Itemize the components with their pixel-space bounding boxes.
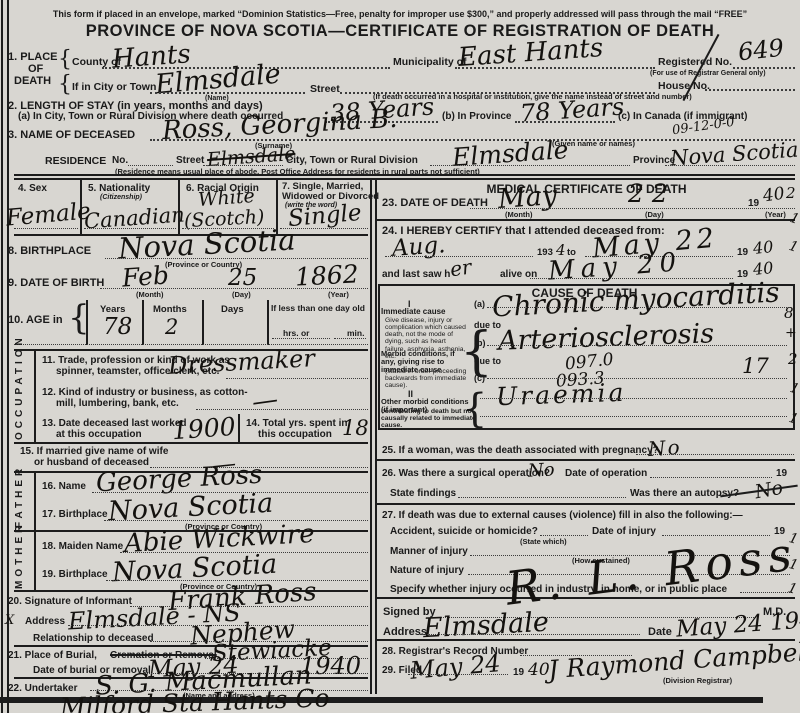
filed-year-value: 40 bbox=[528, 662, 550, 679]
dotted-line bbox=[203, 165, 283, 166]
dotted-line bbox=[458, 497, 626, 498]
nationality-label: 5. Nationality bbox=[88, 184, 150, 195]
s3-label: 3. NAME OF DECEASED bbox=[8, 130, 135, 142]
rule bbox=[377, 639, 795, 641]
rule bbox=[377, 219, 795, 221]
dod-day-note: (Day) bbox=[645, 211, 664, 219]
dotted-line bbox=[480, 398, 787, 399]
father-box-border bbox=[34, 473, 36, 530]
last-saw-suffix: er bbox=[449, 257, 473, 280]
registrar-note: (For use of Registrar General only) bbox=[650, 70, 766, 77]
q26-label: 26. Was there a surgical operation? bbox=[382, 469, 550, 480]
dotted-line bbox=[334, 338, 366, 339]
dotted-line bbox=[420, 634, 640, 635]
r29-19: 19 bbox=[513, 668, 524, 679]
dotted-line bbox=[196, 409, 368, 410]
residence-street-label: Street bbox=[176, 156, 204, 167]
dotted-line bbox=[430, 165, 630, 166]
o12-label2: mill, lumbering, bank, etc. bbox=[56, 399, 179, 410]
city-label: If in City or Town bbox=[72, 82, 156, 93]
hrs-label: hrs. or bbox=[283, 329, 309, 338]
birthplace-label: 8. BIRTHPLACE bbox=[8, 246, 91, 258]
o13-label: 13. Date deceased last worked bbox=[42, 419, 187, 430]
age-cell-border bbox=[86, 300, 88, 345]
informant-address-label: Address bbox=[25, 617, 65, 628]
margin-code-17: 17 bbox=[742, 356, 769, 377]
marital-value: Single bbox=[287, 202, 362, 231]
o12-value: — bbox=[250, 386, 279, 415]
o14-label2: this occupation bbox=[258, 430, 332, 441]
occupation-vertical-label: OCCUPATION bbox=[15, 354, 26, 440]
informant-cross-mark: X bbox=[5, 614, 14, 627]
o14-value: 18 bbox=[342, 418, 369, 439]
margin-mark: + bbox=[785, 326, 797, 340]
cell-border bbox=[238, 414, 240, 442]
brace: { bbox=[58, 47, 72, 72]
mother-box-border bbox=[34, 531, 36, 591]
dotted-line bbox=[540, 535, 588, 536]
signed-date-value: May 24 1940, bbox=[675, 607, 800, 641]
dotted-line bbox=[14, 344, 368, 345]
manner-label: Manner of injury bbox=[390, 547, 468, 558]
margin-mark: 1 bbox=[787, 239, 800, 255]
margin-mark: 2 bbox=[786, 186, 796, 201]
last-saw-label: and last saw h bbox=[382, 270, 450, 281]
cause-c-label: (c) bbox=[474, 374, 485, 383]
dotted-line bbox=[650, 477, 772, 478]
death-certificate-scan: This form if placed in an envelope, mark… bbox=[0, 0, 800, 713]
alive-on-value: May 20 bbox=[547, 249, 683, 284]
column-divider bbox=[370, 178, 372, 694]
margin-mark: 1 bbox=[788, 211, 800, 227]
municipality-value: East Hants bbox=[457, 35, 604, 71]
dotted-line bbox=[487, 345, 787, 346]
dotted-line bbox=[705, 89, 795, 91]
min-label: min. bbox=[347, 329, 364, 338]
binding-line bbox=[1, 0, 3, 713]
age-cell-border bbox=[267, 300, 269, 345]
dotted-line bbox=[636, 454, 794, 455]
form-title: PROVINCE OF NOVA SCOTIA—CERTIFICATE OF R… bbox=[0, 23, 800, 40]
dotted-line bbox=[487, 378, 787, 379]
dotted-line bbox=[455, 67, 655, 69]
margin-mark: 8 bbox=[784, 306, 794, 321]
o13-value: 1900 bbox=[171, 414, 236, 443]
days-label: Days bbox=[221, 305, 244, 315]
signed-address-label: Address bbox=[383, 627, 427, 639]
nature-label: Nature of injury bbox=[390, 566, 464, 577]
dod-year-note: (Year) bbox=[765, 211, 786, 219]
day-note: (Day) bbox=[232, 291, 251, 299]
dob-day: 25 bbox=[228, 267, 257, 290]
father-vertical-label: FATHER bbox=[15, 476, 26, 528]
findings-label: State findings bbox=[390, 489, 456, 500]
brace: { bbox=[462, 386, 487, 432]
rule bbox=[377, 503, 795, 505]
father-bp-label: 17. Birthplace bbox=[42, 510, 108, 521]
dob-month: Feb bbox=[121, 262, 169, 290]
dotted-line bbox=[150, 92, 305, 94]
dob-label: 9. DATE OF BIRTH bbox=[8, 278, 104, 290]
o12-label: 12. Kind of industry or business, as cot… bbox=[42, 388, 248, 399]
immediate-cause-label: Immediate cause bbox=[381, 308, 445, 316]
division-registrar-note: (Division Registrar) bbox=[663, 677, 732, 685]
due-to-2: due to bbox=[474, 357, 501, 366]
residence-no-label: No. bbox=[112, 156, 128, 167]
state-which-note: (State which) bbox=[520, 538, 567, 546]
rule bbox=[14, 174, 795, 176]
marital-label2: Widowed or Divorced bbox=[282, 192, 379, 202]
less-than-day-label: If less than one day old bbox=[271, 304, 365, 313]
filed-date-value: May 24 bbox=[409, 651, 501, 683]
cause-a-label: (a) bbox=[474, 300, 485, 309]
s1-label-of: OF bbox=[28, 64, 43, 76]
mother-bp-label: 19. Birthplace bbox=[42, 570, 108, 581]
injury-date-label: Date of injury bbox=[592, 527, 656, 538]
rule bbox=[377, 459, 795, 461]
o13-label2: at this occupation bbox=[56, 430, 142, 441]
house-label: House No. bbox=[658, 81, 710, 92]
dotted-line bbox=[470, 208, 795, 209]
age-months-value: 2 bbox=[165, 317, 178, 338]
rule bbox=[14, 442, 368, 444]
brace: { bbox=[58, 72, 72, 97]
medical-title: MEDICAL CERTIFICATE OF DEATH bbox=[378, 183, 795, 196]
m15-label: 15. If married give name of wife bbox=[20, 447, 168, 458]
mother-name-label: 18. Maiden Name bbox=[42, 542, 123, 553]
column-divider bbox=[375, 178, 377, 694]
dotted-line bbox=[106, 580, 368, 581]
residence-label: RESIDENCE bbox=[45, 156, 106, 167]
s1-label-death: DEATH bbox=[14, 76, 51, 88]
dod-year: 40 bbox=[762, 186, 786, 206]
dotted-line bbox=[272, 338, 330, 339]
morbid-note: (stated in order proceeding backwards fr… bbox=[385, 368, 470, 389]
street-label: Street bbox=[310, 84, 340, 95]
o11-value: Dressmaker bbox=[167, 346, 315, 378]
dob-year: 1862 bbox=[294, 261, 359, 289]
q26-answer: No bbox=[528, 461, 555, 480]
dotted-line bbox=[100, 288, 368, 289]
father-name-label: 16. Name bbox=[42, 482, 86, 493]
to-19: 19 bbox=[737, 248, 748, 259]
q27-label: 27. If death was due to external causes … bbox=[382, 511, 743, 522]
dotted-line bbox=[226, 378, 368, 379]
dod-month-note: (Month) bbox=[505, 211, 532, 219]
dotted-line bbox=[740, 592, 792, 593]
q25-label: 25. If a woman, was the death associated… bbox=[382, 446, 659, 457]
s2b-label: (b) In Province bbox=[442, 112, 511, 123]
burial-label: 21. Place of Burial, bbox=[8, 651, 97, 662]
dotted-line bbox=[104, 520, 368, 521]
rule bbox=[14, 178, 795, 180]
dotted-line bbox=[105, 258, 368, 259]
s1-label: 1. PLACE bbox=[8, 52, 58, 64]
age-cell-border bbox=[202, 300, 204, 345]
cause-b-label: (b) bbox=[474, 339, 486, 348]
dotted-line bbox=[665, 165, 795, 166]
sex-value: Female bbox=[5, 200, 91, 230]
dotted-line bbox=[733, 67, 795, 69]
months-label: Months bbox=[153, 305, 187, 315]
signed-date-label: Date bbox=[648, 627, 672, 639]
mail-notice: This form if placed in an envelope, mark… bbox=[0, 10, 800, 19]
q25-answer: No bbox=[647, 437, 682, 459]
signed-address-value: Elmsdale bbox=[422, 609, 549, 643]
margin-mark: 1 bbox=[786, 581, 798, 597]
age-years-value: 78 bbox=[103, 316, 132, 339]
dotted-line bbox=[408, 674, 508, 675]
to-year: 40 bbox=[752, 239, 774, 257]
registered-value: 649 bbox=[737, 36, 785, 65]
registered-label: Registered No. bbox=[658, 57, 732, 68]
sex-label: 4. Sex bbox=[18, 184, 47, 195]
margin-mark: 2 bbox=[788, 352, 798, 367]
mother-vertical-label: MOTHER bbox=[15, 534, 26, 589]
age-cell-border bbox=[142, 300, 144, 345]
occupation-box-border bbox=[34, 349, 36, 442]
o14-label: 14. Total yrs. spent in bbox=[246, 419, 348, 430]
citizenship-note: (Citizenship) bbox=[100, 194, 142, 201]
dotted-line bbox=[487, 307, 787, 308]
dotted-line bbox=[128, 165, 173, 166]
year-note: (Year) bbox=[328, 291, 349, 299]
dotted-line bbox=[14, 228, 78, 229]
dotted-line bbox=[480, 416, 787, 417]
month-note: (Month) bbox=[136, 291, 163, 299]
relationship-label: Relationship to deceased bbox=[33, 634, 154, 645]
age-label: 10. AGE in bbox=[8, 315, 63, 327]
op-date-label: Date of operation bbox=[565, 469, 647, 480]
other-morbid-value: Uraemia bbox=[496, 380, 627, 410]
division-label: City, Town or Rural Division bbox=[286, 156, 418, 167]
dod-day: 22 bbox=[628, 181, 676, 206]
accident-label: Accident, suicide or homicide? bbox=[390, 527, 538, 538]
dotted-line bbox=[515, 121, 615, 123]
